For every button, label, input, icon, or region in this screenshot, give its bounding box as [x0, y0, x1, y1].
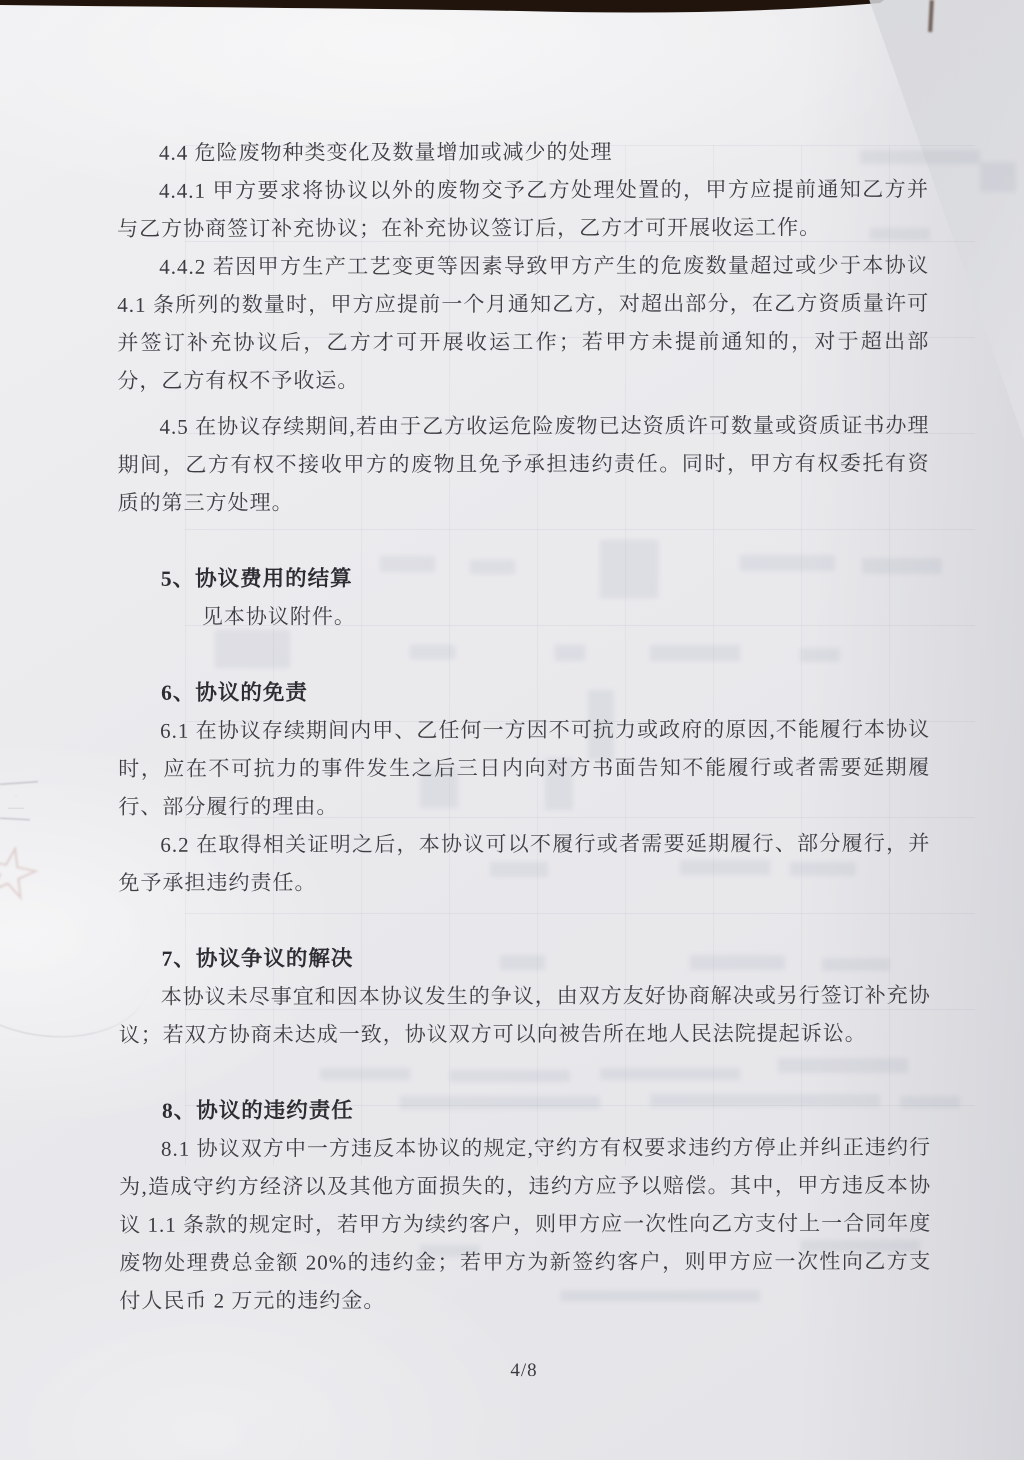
pencil-mark — [8, 795, 24, 809]
clause-8-1: 8.1 协议双方中一方违反本协议的规定,守约方有权要求违约方停止并纠正违约行为,… — [119, 1128, 931, 1320]
scanned-contract-page: ☆ 4.4 危险废物种类变化及数量增加或减少的处理 4.4.1 甲方要求将协议以… — [0, 0, 1024, 1460]
section-5-heading: 5、协议费用的结算 — [118, 558, 930, 598]
clause-4-5: 4.5 在协议存续期间,若由于乙方收运危险废物已达资质许可数量或资质证书办理期间… — [117, 406, 929, 522]
section-7-heading: 7、协议争议的解决 — [119, 938, 931, 978]
clause-4-4-1: 4.4.1 甲方要求将协议以外的废物交予乙方处理处置的，甲方应提前通知乙方并与乙… — [117, 170, 929, 248]
faint-star-stamp: ☆ — [0, 830, 49, 914]
section-8-heading: 8、协议的违约责任 — [119, 1090, 931, 1130]
clause-4-4-title: 4.4 危险废物种类变化及数量增加或减少的处理 — [117, 132, 929, 172]
pencil-mark — [0, 817, 30, 821]
clause-6-1: 6.1 在协议存续期间内甲、乙任何一方因不可抗力或政府的原因,不能履行本协议时，… — [118, 710, 930, 826]
contract-body: 4.4 危险废物种类变化及数量增加或减少的处理 4.4.1 甲方要求将协议以外的… — [117, 0, 932, 1320]
page-number: 4/8 — [118, 1351, 930, 1391]
section-5-body: 见本协议附件。 — [118, 596, 930, 636]
bleedthrough-mark — [980, 162, 1016, 192]
clause-4-4-2: 4.4.2 若因甲方生产工艺变更等因素导致甲方产生的危废数量超过或少于本协议 4… — [117, 246, 929, 400]
section-7-body: 本协议未尽事宜和因本协议发生的争议，由双方友好协商解决或另行签订补充协议；若双方… — [119, 976, 931, 1054]
page-edge-line — [928, 0, 934, 32]
section-6-heading: 6、协议的免责 — [118, 672, 930, 712]
clause-6-2: 6.2 在取得相关证明之后，本协议可以不履行或者需要延期履行、部分履行，并免予承… — [118, 824, 930, 902]
pencil-mark — [0, 781, 38, 786]
